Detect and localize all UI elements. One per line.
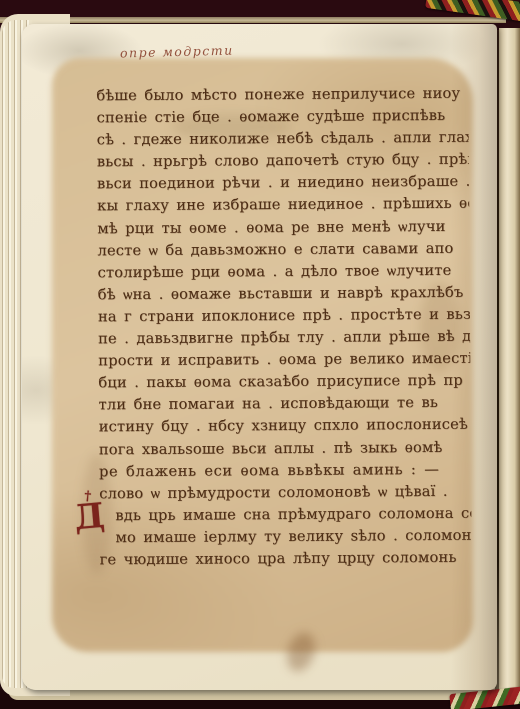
- manuscript-page: опре модрсти †Д бѣше было мѣсто понеже н…: [22, 24, 497, 690]
- facing-page-sliver: [499, 28, 520, 696]
- marginal-note: опре модрсти: [120, 43, 234, 61]
- manuscript-text-line: ре блажень еси ѳома вьвѣкы аминь : —: [99, 458, 471, 483]
- manuscript-text-line: столирѣше рци ѳома . а дѣло твое ѡлучите: [98, 259, 470, 284]
- manuscript-text-line: мо имаше іерлму ту велику ѕѣло . соломон…: [99, 525, 471, 550]
- manuscript-text-line: пе . давьздвигне прѣбы тлу . апли рѣше в…: [98, 326, 470, 351]
- manuscript-text-line: бци . пакы ѳома сказаѣбо присуписе прѣ п…: [98, 370, 470, 395]
- manuscript-text-line: мѣ рци ты ѳоме . ѳома ре вне менѣ ѡлучи: [97, 215, 469, 240]
- manuscript-text-line: бѣ ѡна . ѳомаже вьставши и наврѣ крахлѣб…: [98, 282, 470, 307]
- manuscript-text-line: слово ѡ прѣмудрости соломоновѣ ѡ цѣваї .: [99, 480, 471, 505]
- text-block: бѣше было мѣсто понеже неприлучисе ниоус…: [96, 83, 471, 572]
- manuscript-text-line: прости и исправить . ѳома ре велико имае…: [98, 348, 470, 373]
- manuscript-text-line: пога хвальѕоше вьси аплы . пѣ зыкь ѳомѣ: [99, 436, 471, 461]
- book-cover-edge: [0, 17, 506, 23]
- manuscript-text-line: вьсы . нрьгрѣ слово дапочетѣ стую бцу . …: [97, 149, 469, 174]
- manuscript-text-line: кы глаху ине избраше ниединое . прѣшихь …: [97, 193, 469, 218]
- manuscript-photo: опре модрсти †Д бѣше было мѣсто понеже н…: [0, 0, 520, 709]
- manuscript-text-line: истину бцу . нбсу хзницу спхло ипослонис…: [99, 414, 471, 439]
- manuscript-text-line: спеніе стіе бце . ѳомаже судѣше приспѣвь: [96, 105, 468, 130]
- manuscript-text-line: сѣ . гдеже николиже небѣ сѣдаль . апли г…: [97, 127, 469, 152]
- manuscript-text-line: тли бне помагаи на . исповѣдающи те вь: [98, 392, 470, 417]
- manuscript-text-line: ге чюдише хиносо цра лѣпу црцу соломонь: [100, 547, 472, 572]
- manuscript-text-line: вьси поединои рѣчи . и ниедино неизбраше…: [97, 171, 469, 196]
- manuscript-text-line: бѣше было мѣсто понеже неприлучисе ниоу: [96, 83, 468, 108]
- manuscript-text-line: на г страни ипоклонисе прѣ . простѣте и …: [98, 304, 470, 329]
- manuscript-text-line: вдь црь имаше сна прѣмудраго соломона со…: [99, 502, 471, 527]
- manuscript-text-line: лесте ѡ ба давьзможно е слати савами апо: [97, 237, 469, 262]
